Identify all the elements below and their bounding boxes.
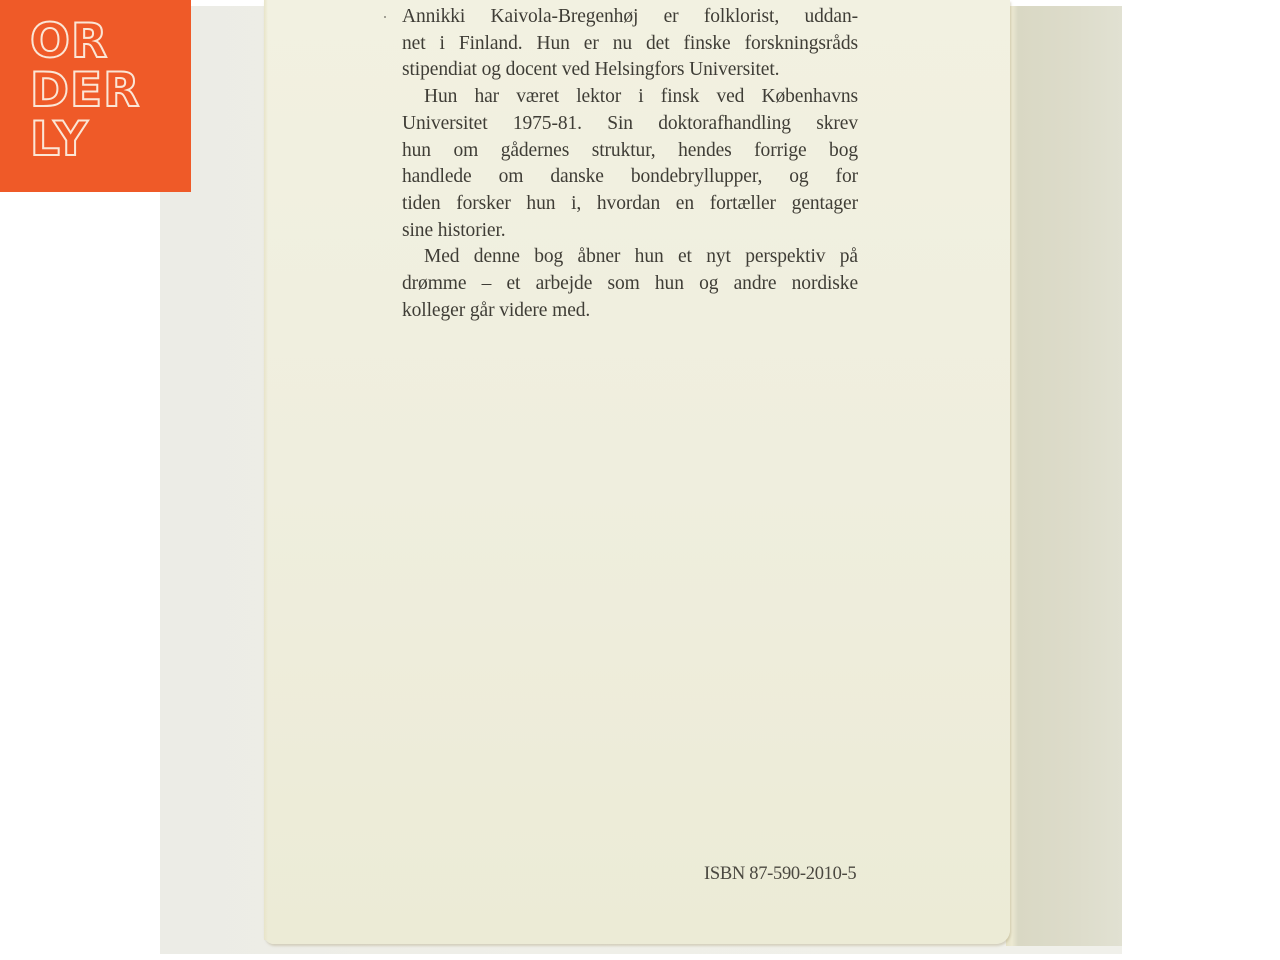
print-speck	[384, 16, 386, 18]
text-line: handlede om danske bondebryllupper, og f…	[402, 164, 858, 191]
paragraph-career: Hun har været lektor i finsk ved Københa…	[402, 84, 858, 244]
orderly-logo: OR DER LY	[0, 0, 191, 192]
cover-edge	[264, 0, 268, 940]
isbn-number: ISBN 87-590-2010-5	[704, 864, 856, 885]
text-line: drømme – et arbejde som hun og andre nor…	[402, 271, 858, 298]
text-line: hun om gådernes struktur, hendes forrige…	[402, 138, 858, 165]
paragraph-author-intro: Annikki Kaivola-Bregenhøj er folklorist,…	[402, 4, 858, 84]
text-line: net i Finland. Hun er nu det finske fors…	[402, 31, 858, 58]
logo-line: LY	[30, 116, 140, 165]
book-spine	[1006, 6, 1122, 946]
logo-line: OR	[30, 18, 140, 67]
cover-text: Annikki Kaivola-Bregenhøj er folklorist,…	[402, 4, 858, 324]
text-line: stipendiat og docent ved Helsingfors Uni…	[402, 57, 858, 84]
text-line: Hun har været lektor i finsk ved Københa…	[402, 84, 858, 111]
logo-line: DER	[30, 67, 140, 116]
text-line: sine historier.	[402, 218, 858, 245]
text-line: kolleger går videre med.	[402, 298, 858, 325]
text-line: tiden forsker hun i, hvordan en fortælle…	[402, 191, 858, 218]
text-line: Med denne bog åbner hun et nyt perspekti…	[402, 244, 858, 271]
text-line: Annikki Kaivola-Bregenhøj er folklorist,…	[402, 4, 858, 31]
logo-wordmark: OR DER LY	[30, 18, 140, 165]
paragraph-book-summary: Med denne bog åbner hun et nyt perspekti…	[402, 244, 858, 324]
text-line: Universitet 1975-81. Sin doktorafhandlin…	[402, 111, 858, 138]
